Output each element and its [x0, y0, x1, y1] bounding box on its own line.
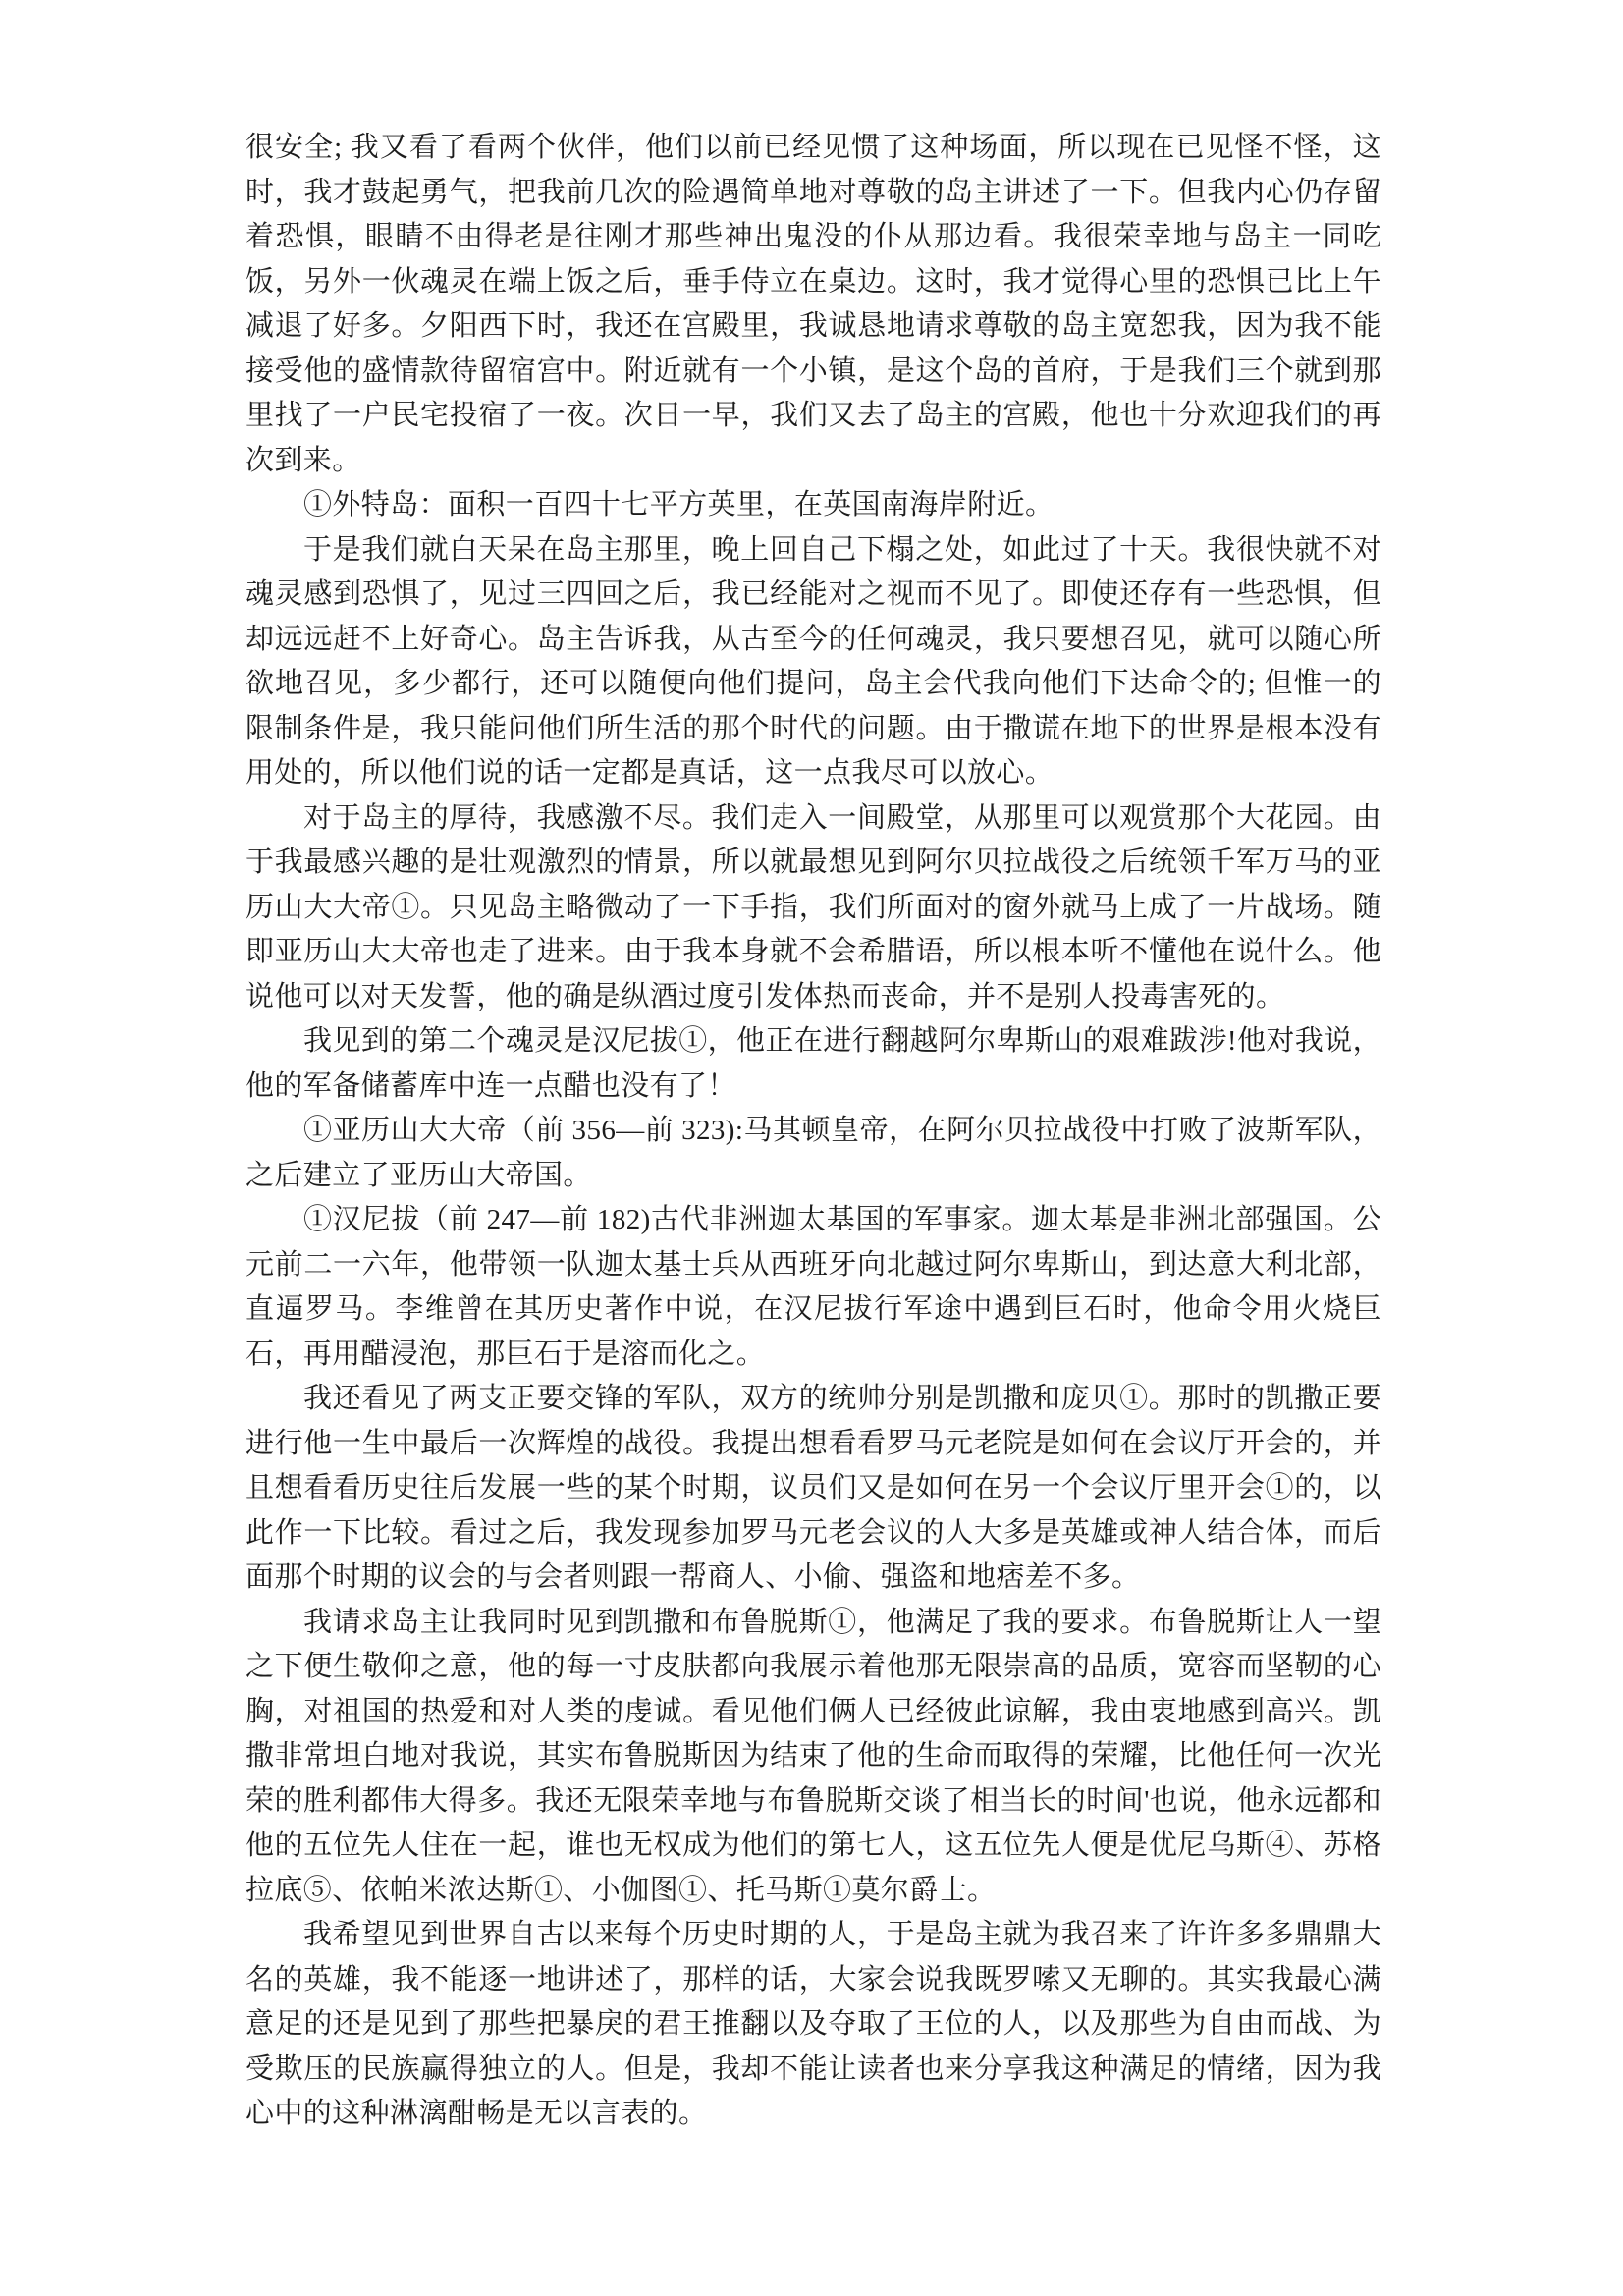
paragraph: 我请求岛主让我同时见到凯撒和布鲁脱斯①，他满足了我的要求。布鲁脱斯让人一望之下便…	[245, 1601, 1381, 1914]
paragraph: ①亚历山大大帝（前 356—前 323):马其顿皇帝，在阿尔贝拉战役中打败了波斯…	[245, 1109, 1381, 1198]
text-column: 很安全; 我又看了看两个伙伴，他们以前已经见惯了这种场面，所以现在已见怪不怪，这…	[245, 126, 1381, 2137]
paragraph: 我还看见了两支正要交锋的军队，双方的统帅分别是凯撒和庞贝①。那时的凯撒正要进行他…	[245, 1377, 1381, 1601]
document-page: 很安全; 我又看了看两个伙伴，他们以前已经见惯了这种场面，所以现在已见怪不怪，这…	[0, 0, 1623, 2296]
paragraph: 我希望见到世界自古以来每个历史时期的人，于是岛主就为我召来了许许多多鼎鼎大名的英…	[245, 1913, 1381, 2137]
paragraph: 很安全; 我又看了看两个伙伴，他们以前已经见惯了这种场面，所以现在已见怪不怪，这…	[245, 126, 1381, 483]
paragraph: 对于岛主的厚待，我感激不尽。我们走入一间殿堂，从那里可以观赏那个大花园。由于我最…	[245, 796, 1381, 1020]
paragraph: ①外特岛：面积一百四十七平方英里，在英国南海岸附近。	[245, 483, 1381, 528]
paragraph: ①汉尼拔（前 247—前 182)古代非洲迦太基国的军事家。迦太基是非洲北部强国…	[245, 1198, 1381, 1377]
paragraph: 于是我们就白天呆在岛主那里，晚上回自己下榻之处，如此过了十天。我很快就不对魂灵感…	[245, 528, 1381, 796]
paragraph: 我见到的第二个魂灵是汉尼拔①，他正在进行翻越阿尔卑斯山的艰难跋涉!他对我说，他的…	[245, 1019, 1381, 1109]
